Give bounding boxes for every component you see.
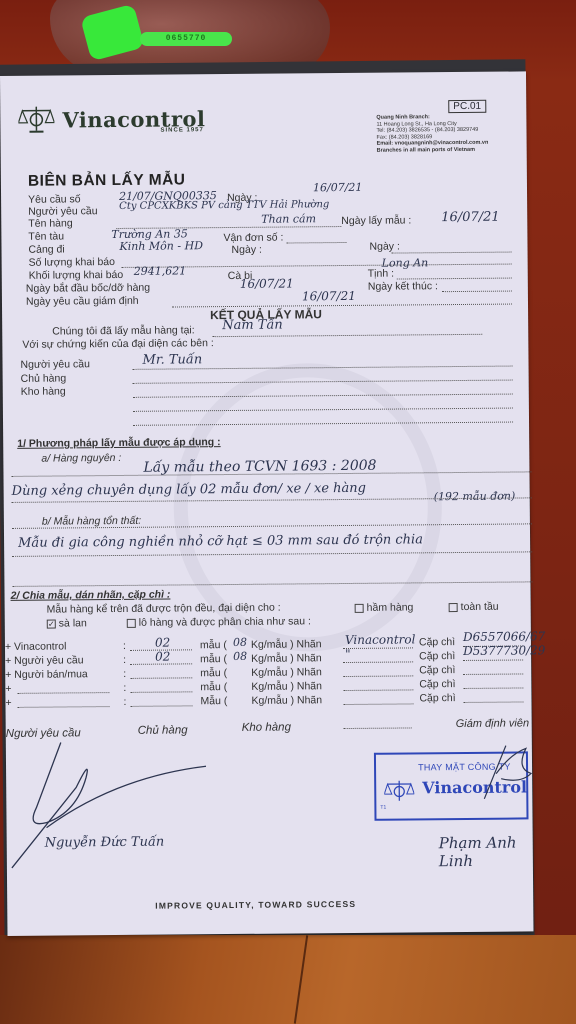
checkbox-ham-hang[interactable] xyxy=(355,604,364,613)
option-label: lô hàng và được phân chia như sau : xyxy=(139,615,311,629)
row-party: + Người yêu cầu xyxy=(5,654,84,667)
value-khoi-luong-khai-bao: 2941,621 xyxy=(134,264,187,277)
label-khoi-luong-khai-bao: Khối lượng khai báo xyxy=(29,269,124,282)
label-ngay-yeu-cau-giam-dinh: Ngày yêu cầu giám định xyxy=(26,295,139,308)
label-ten-hang: Tên hàng xyxy=(28,217,72,229)
label-van-don-so: Vận đơn số : xyxy=(223,232,283,245)
sampling-report-document: Vinacontrol SINCE 1957 PC.01 Quang Ninh … xyxy=(0,71,533,936)
label-tinh: Tịnh : xyxy=(368,268,394,280)
inspector-signature xyxy=(476,743,537,804)
stamp-code: T1 xyxy=(380,805,386,811)
option-label: toàn tầu xyxy=(461,601,499,613)
value-ngay-lay-mau: 16/07/21 xyxy=(441,210,500,226)
row-label: Vinacontrol xyxy=(345,632,416,647)
row-colon: : xyxy=(123,654,126,666)
row-colon: : xyxy=(123,696,126,708)
footer-slogan: IMPROVE QUALITY, TOWARD SUCCESS xyxy=(155,899,356,911)
form-code: PC.01 xyxy=(448,100,486,113)
row-party: + Vinacontrol xyxy=(5,640,66,653)
row-cap-chi-label: Cặp chì xyxy=(419,678,455,690)
document-title: BIÊN BẢN LẤY MẪU xyxy=(28,171,186,190)
label-represent: Mẫu hàng kể trên đã được trộn đều, đại d… xyxy=(47,602,281,616)
row-unit-kg: Kg/mẫu ) Nhãn xyxy=(251,694,322,707)
row-party: + Người bán/mua xyxy=(5,668,88,681)
row-unit-mau: Mẫu ( xyxy=(200,695,227,707)
row-colon: : xyxy=(123,668,126,680)
row-unit-mau: mẫu ( xyxy=(200,639,227,651)
label-ngay-bat-dau: Ngày bắt đầu bốc/dỡ hàng xyxy=(26,282,150,295)
value-party-requester: Mr. Tuấn xyxy=(142,352,202,368)
sig-label-owner: Chủ hàng xyxy=(138,724,188,736)
brand-since: SINCE 1957 xyxy=(160,127,203,133)
row-unit-kg: Kg/mẫu ) Nhãn xyxy=(251,652,322,665)
row-unit-mau: mẫu ( xyxy=(200,667,227,679)
label-sample-location: Chúng tôi đã lấy mẫu hàng tại: xyxy=(52,324,195,337)
row-kg: 08 xyxy=(233,636,247,649)
option-ham-hang[interactable]: hầm hàng xyxy=(355,601,414,614)
division-heading: 2/ Chia mẫu, dán nhãn, cặp chì : xyxy=(10,589,170,602)
option-label: sà lan xyxy=(59,617,87,629)
row-unit-mau: mẫu ( xyxy=(200,653,227,665)
row-party: + xyxy=(5,697,11,709)
value-sample-location: Nam Tấn xyxy=(222,318,283,334)
label-so-luong-khai-bao: Số lượng khai báo xyxy=(29,256,115,269)
seal-tag-number: 0655770 xyxy=(140,32,232,46)
row-cap-chi-label: Cặp chì xyxy=(419,664,455,676)
option-toan-tau[interactable]: toàn tầu xyxy=(449,601,499,613)
value-nguoi-yeu-cau: Cty CPCXKBKS PV cảng TTV Hải Phường xyxy=(119,199,329,212)
stamp-scales-icon xyxy=(384,776,414,806)
label-yeu-cau-so: Yêu cầu số xyxy=(28,193,81,205)
branch-info: Quang Ninh Branch: 11 Hoang Long St., Ha… xyxy=(376,113,526,154)
checkbox-lo-hang[interactable] xyxy=(127,619,136,628)
requester-name-handwritten: Nguyễn Đức Tuấn xyxy=(45,835,165,851)
value-ten-hang: Than cám xyxy=(261,212,316,225)
option-lo-hang[interactable]: lô hàng và được phân chia như sau : xyxy=(127,615,311,629)
label-ngay-ket-thuc: Ngày kết thúc : xyxy=(368,280,438,293)
row-colon: : xyxy=(123,682,126,694)
row-seal: D6557066/67 xyxy=(463,629,546,644)
bulk-line-2: Dùng xẻng chuyên dụng lấy 02 mẫu đơn/ xe… xyxy=(12,481,366,499)
value-ngay: 16/07/21 xyxy=(313,181,363,194)
row-unit-mau: mẫu ( xyxy=(200,681,227,693)
row-cap-chi-label: Cặp chì xyxy=(419,636,455,648)
label-loss: b/ Mẫu hàng tổn thất: xyxy=(42,515,141,528)
value-ngay-yeu-cau-giam-dinh: 16/07/21 xyxy=(302,289,356,303)
label-party-warehouse: Kho hàng xyxy=(21,385,66,397)
label-ngay-2: Ngày : xyxy=(231,244,261,256)
branch-tagline: Branches in all main ports of Vietnam xyxy=(377,146,527,154)
row-count: 02 xyxy=(155,650,170,664)
scales-icon xyxy=(18,106,54,134)
option-label: hầm hàng xyxy=(367,601,414,613)
label-ngay-lay-mau: Ngày lấy mẫu : xyxy=(341,214,411,227)
wood-floor xyxy=(0,935,576,1024)
option-sa-lan[interactable]: ✓sà lan xyxy=(47,617,87,629)
row-cap-chi-label: Cặp chì xyxy=(419,692,455,704)
inspector-name-handwritten: Phạm Anh Linh xyxy=(439,833,533,870)
sig-label-warehouse: Kho hàng xyxy=(242,721,291,733)
bulk-line-3: (192 mẫu đơn) xyxy=(434,490,516,504)
row-cap-chi-label: Cặp chì xyxy=(419,650,455,662)
checkbox-toan-tau[interactable] xyxy=(449,603,458,612)
row-party: + xyxy=(5,683,11,695)
value-cang-di: Kinh Môn - HD xyxy=(119,239,203,253)
row-kg: 08 xyxy=(233,650,247,663)
row-colon: : xyxy=(123,640,126,652)
label-ngay-2b: Ngày : xyxy=(369,241,399,253)
requester-signature xyxy=(6,736,207,878)
label-ten-tau: Tên tàu xyxy=(28,230,64,242)
label-nguoi-yeu-cau: Người yêu cầu xyxy=(28,205,97,218)
row-seal: D5377730/29 xyxy=(463,643,546,658)
row-label: " xyxy=(345,647,351,661)
row-count: 02 xyxy=(155,636,170,650)
label-witness: Với sự chứng kiến của đại diện các bên : xyxy=(22,337,213,351)
row-unit-kg: Kg/mẫu ) Nhãn xyxy=(251,666,322,679)
green-plastic-seal: 0655770 xyxy=(85,10,235,50)
label-party-owner: Chủ hàng xyxy=(21,372,67,384)
row-unit-kg: Kg/mẫu ) Nhãn xyxy=(251,680,322,693)
row-unit-kg: Kg/mẫu ) Nhãn xyxy=(251,638,322,651)
method-heading: 1/ Phương pháp lấy mẫu được áp dụng : xyxy=(17,436,221,450)
label-party-requester: Người yêu cầu xyxy=(20,358,89,371)
sig-label-inspector: Giám định viên xyxy=(456,717,529,730)
checkbox-sa-lan-checked[interactable]: ✓ xyxy=(47,619,56,628)
label-cang-di: Cảng đi xyxy=(28,243,64,255)
label-bulk: a/ Hàng nguyên : xyxy=(41,452,121,465)
value-ngay-bat-dau: 16/07/21 xyxy=(240,276,294,290)
